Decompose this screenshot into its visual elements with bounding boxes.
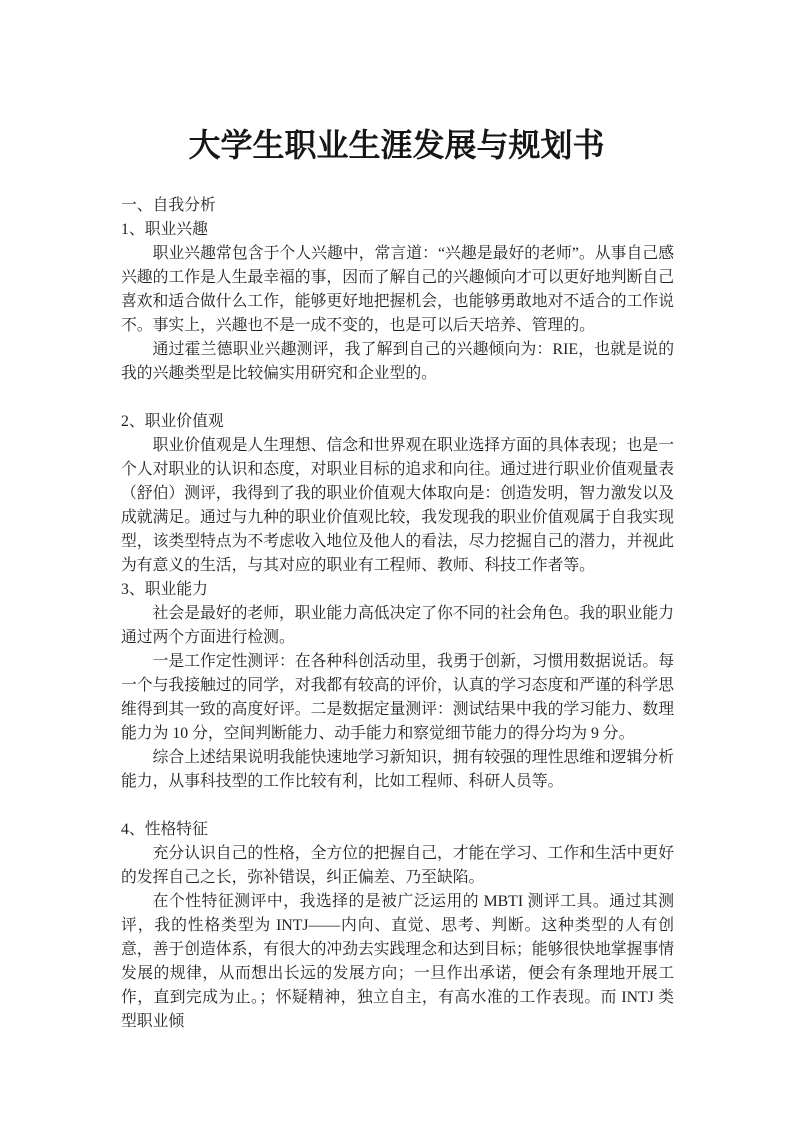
paragraph: 综合上述结果说明我能快速地学习新知识，拥有较强的理性思维和逻辑分析能力，从事科技… bbox=[121, 746, 674, 794]
section-heading: 一、自我分析 bbox=[121, 194, 674, 218]
document-body: 一、自我分析1、职业兴趣职业兴趣常包含于个人兴趣中，常言道：“兴趣是最好的老师”… bbox=[121, 194, 674, 1034]
paragraph: 职业兴趣常包含于个人兴趣中，常言道：“兴趣是最好的老师”。从事自己感兴趣的工作是… bbox=[121, 242, 674, 338]
paragraph: 充分认识自己的性格，全方位的把握自己，才能在学习、工作和生活中更好的发挥自己之长… bbox=[121, 842, 674, 890]
document-page: 大学生职业生涯发展与规划书 一、自我分析1、职业兴趣职业兴趣常包含于个人兴趣中，… bbox=[0, 0, 793, 1122]
blank-line bbox=[121, 386, 674, 410]
section-heading: 2、职业价值观 bbox=[121, 410, 674, 434]
paragraph: 一是工作定性测评：在各种科创活动里，我勇于创新，习惯用数据说话。每一个与我接触过… bbox=[121, 650, 674, 746]
paragraph: 通过霍兰德职业兴趣测评，我了解到自己的兴趣倾向为：RIE，也就是说的我的兴趣类型… bbox=[121, 338, 674, 386]
section-heading: 4、性格特征 bbox=[121, 818, 674, 842]
section-heading: 1、职业兴趣 bbox=[121, 218, 674, 242]
section-heading: 3、职业能力 bbox=[121, 578, 674, 602]
document-title: 大学生职业生涯发展与规划书 bbox=[0, 124, 793, 166]
blank-line bbox=[121, 794, 674, 818]
paragraph: 社会是最好的老师，职业能力高低决定了你不同的社会角色。我的职业能力通过两个方面进… bbox=[121, 602, 674, 650]
paragraph: 在个性特征测评中，我选择的是被广泛运用的 MBTI 测评工具。通过其测评，我的性… bbox=[121, 890, 674, 1034]
paragraph: 职业价值观是人生理想、信念和世界观在职业选择方面的具体表现；也是一个人对职业的认… bbox=[121, 434, 674, 578]
